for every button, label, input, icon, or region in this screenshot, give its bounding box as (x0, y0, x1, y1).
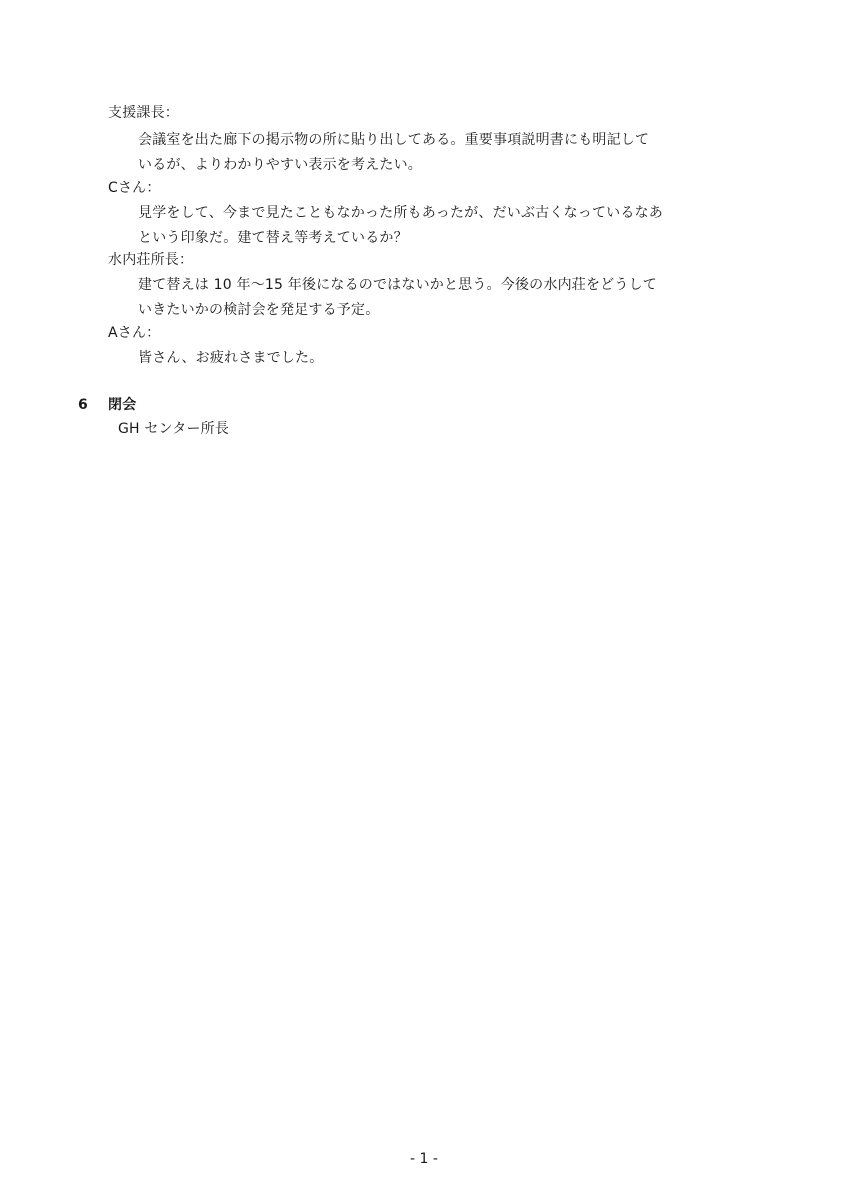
dialogue-line: いきたいかの検討会を発足する予定。 (138, 301, 379, 319)
page-number: - 1 - (0, 1150, 848, 1168)
section-title: 閉会 (108, 396, 136, 414)
speaker-label: Aさん： (108, 324, 160, 342)
dialogue-line: 建て替えは 10 年～15 年後になるのではないかと思う。今後の水内荘をどうして (138, 276, 657, 294)
speaker-label: Cさん： (108, 179, 161, 197)
document-page: 支援課長： 会議室を出た廊下の掲示物の所に貼り出してある。重要事項説明書にも明記… (0, 0, 848, 1200)
dialogue-line: 皆さん、お疲れさまでした。 (138, 349, 323, 367)
section-body: GH センター所長 (118, 420, 229, 438)
dialogue-line: という印象だ。建て替え等考えているか？ (138, 229, 408, 247)
dialogue-line: 見学をして、今まで見たこともなかった所もあったが、だいぶ古くなっているなあ (138, 204, 663, 222)
dialogue-line: いるが、よりわかりやすい表示を考えたい。 (138, 156, 422, 174)
speaker-label: 水内荘所長： (108, 251, 193, 269)
speaker-label: 支援課長： (108, 104, 179, 122)
dialogue-line: 会議室を出た廊下の掲示物の所に貼り出してある。重要事項説明書にも明記して (138, 131, 649, 149)
section-number: 6 (78, 396, 88, 414)
